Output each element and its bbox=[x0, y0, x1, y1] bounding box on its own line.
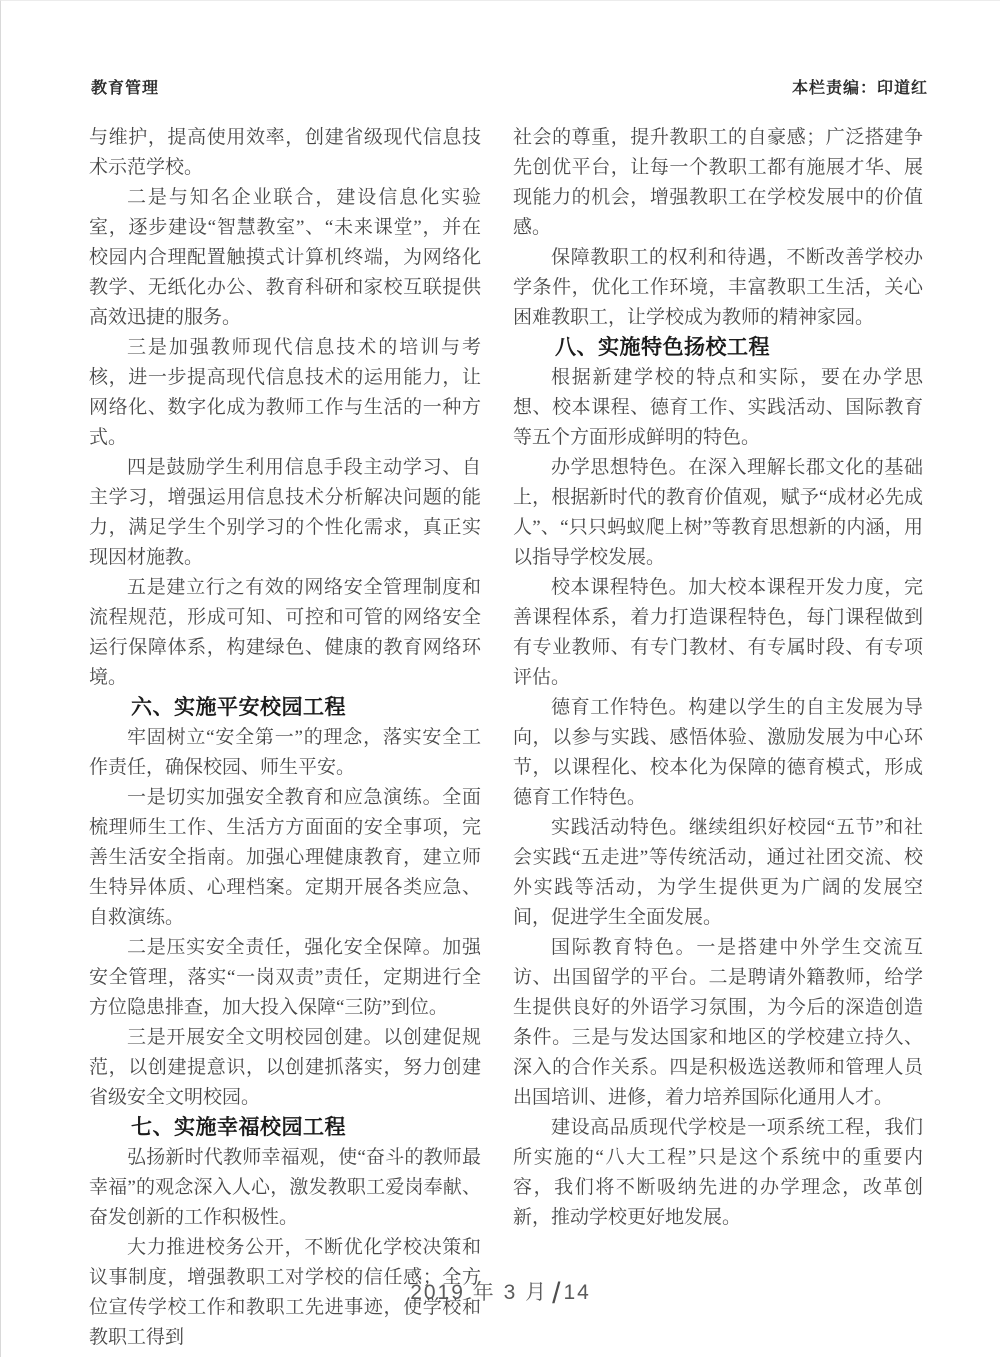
column-left: 与维护，提高使用效率，创建省级现代信息技术示范学校。 二是与知名企业联合，建设信… bbox=[89, 123, 481, 1353]
paragraph: 三是加强教师现代信息技术的培训与考核，进一步提高现代信息技术的运用能力，让网络化… bbox=[89, 333, 481, 453]
paragraph: 实践活动特色。继续组织好校园“五节”和社会实践“五走进”等传统活动，通过社团交流… bbox=[513, 813, 923, 933]
paragraph: 保障教职工的权利和待遇，不断改善学校办学条件，优化工作环境，丰富教职工生活，关心… bbox=[513, 243, 923, 333]
paragraph: 德育工作特色。构建以学生的自主发展为导向，以参与实践、感悟体验、激励发展为中心环… bbox=[513, 693, 923, 813]
editor-credit: 本栏责编：印道红 bbox=[792, 75, 928, 98]
paragraph: 五是建立行之有效的网络安全管理制度和流程规范，形成可知、可控和可管的网络安全运行… bbox=[89, 573, 481, 693]
paragraph: 校本课程特色。加大校本课程开发力度，完善课程体系，着力打造课程特色，每门课程做到… bbox=[513, 573, 923, 693]
section-heading-happy-campus: 七、实施幸福校园工程 bbox=[89, 1113, 481, 1143]
paragraph: 根据新建学校的特点和实际，要在办学思想、校本课程、德育工作、实践活动、国际教育等… bbox=[513, 363, 923, 453]
paragraph: 三是开展安全文明校园创建。以创建促规范，以创建提意识，以创建抓落实，努力创建省级… bbox=[89, 1023, 481, 1113]
paragraph: 牢固树立“安全第一”的理念，落实安全工作责任，确保校园、师生平安。 bbox=[89, 723, 481, 783]
paragraph: 国际教育特色。一是搭建中外学生交流互访、出国留学的平台。二是聘请外籍教师，给学生… bbox=[513, 933, 923, 1113]
page-header: 教育管理 本栏责编：印道红 bbox=[91, 75, 928, 98]
paragraph: 建设高品质现代学校是一项系统工程，我们所实施的“八大工程”只是这个系统中的重要内… bbox=[513, 1113, 923, 1233]
paragraph: 社会的尊重，提升教职工的自豪感；广泛搭建争先创优平台，让每一个教职工都有施展才华… bbox=[513, 123, 923, 243]
magazine-page: 教育管理 本栏责编：印道红 与维护，提高使用效率，创建省级现代信息技术示范学校。… bbox=[0, 0, 1000, 1357]
paragraph: 与维护，提高使用效率，创建省级现代信息技术示范学校。 bbox=[89, 123, 481, 183]
column-right: 社会的尊重，提升教职工的自豪感；广泛搭建争先创优平台，让每一个教职工都有施展才华… bbox=[513, 123, 923, 1233]
footer-issue-date: 2019 年 3 月 bbox=[410, 1281, 548, 1304]
footer-slash: / bbox=[552, 1277, 562, 1311]
footer-page-number: 14 bbox=[563, 1281, 590, 1304]
section-heading-feature-school: 八、实施特色扬校工程 bbox=[513, 333, 923, 363]
paragraph: 四是鼓励学生利用信息手段主动学习、自主学习，增强运用信息技术分析解决问题的能力，… bbox=[89, 453, 481, 573]
paragraph: 一是切实加强安全教育和应急演练。全面梳理师生工作、生活方方面面的安全事项，完善生… bbox=[89, 783, 481, 933]
paragraph: 二是与知名企业联合，建设信息化实验室，逐步建设“智慧教室”、“未来课堂”，并在校… bbox=[89, 183, 481, 333]
paragraph: 弘扬新时代教师幸福观，使“奋斗的教师最幸福”的观念深入人心，激发教职工爱岗奉献、… bbox=[89, 1143, 481, 1233]
page-footer: 2019 年 3 月/14 bbox=[1, 1276, 1000, 1311]
section-heading-safe-campus: 六、实施平安校园工程 bbox=[89, 693, 481, 723]
paragraph: 二是压实安全责任，强化安全保障。加强安全管理，落实“一岗双责”责任，定期进行全方… bbox=[89, 933, 481, 1023]
section-label: 教育管理 bbox=[91, 75, 159, 98]
paragraph: 办学思想特色。在深入理解长郡文化的基础上，根据新时代的教育价值观，赋予“成材必先… bbox=[513, 453, 923, 573]
